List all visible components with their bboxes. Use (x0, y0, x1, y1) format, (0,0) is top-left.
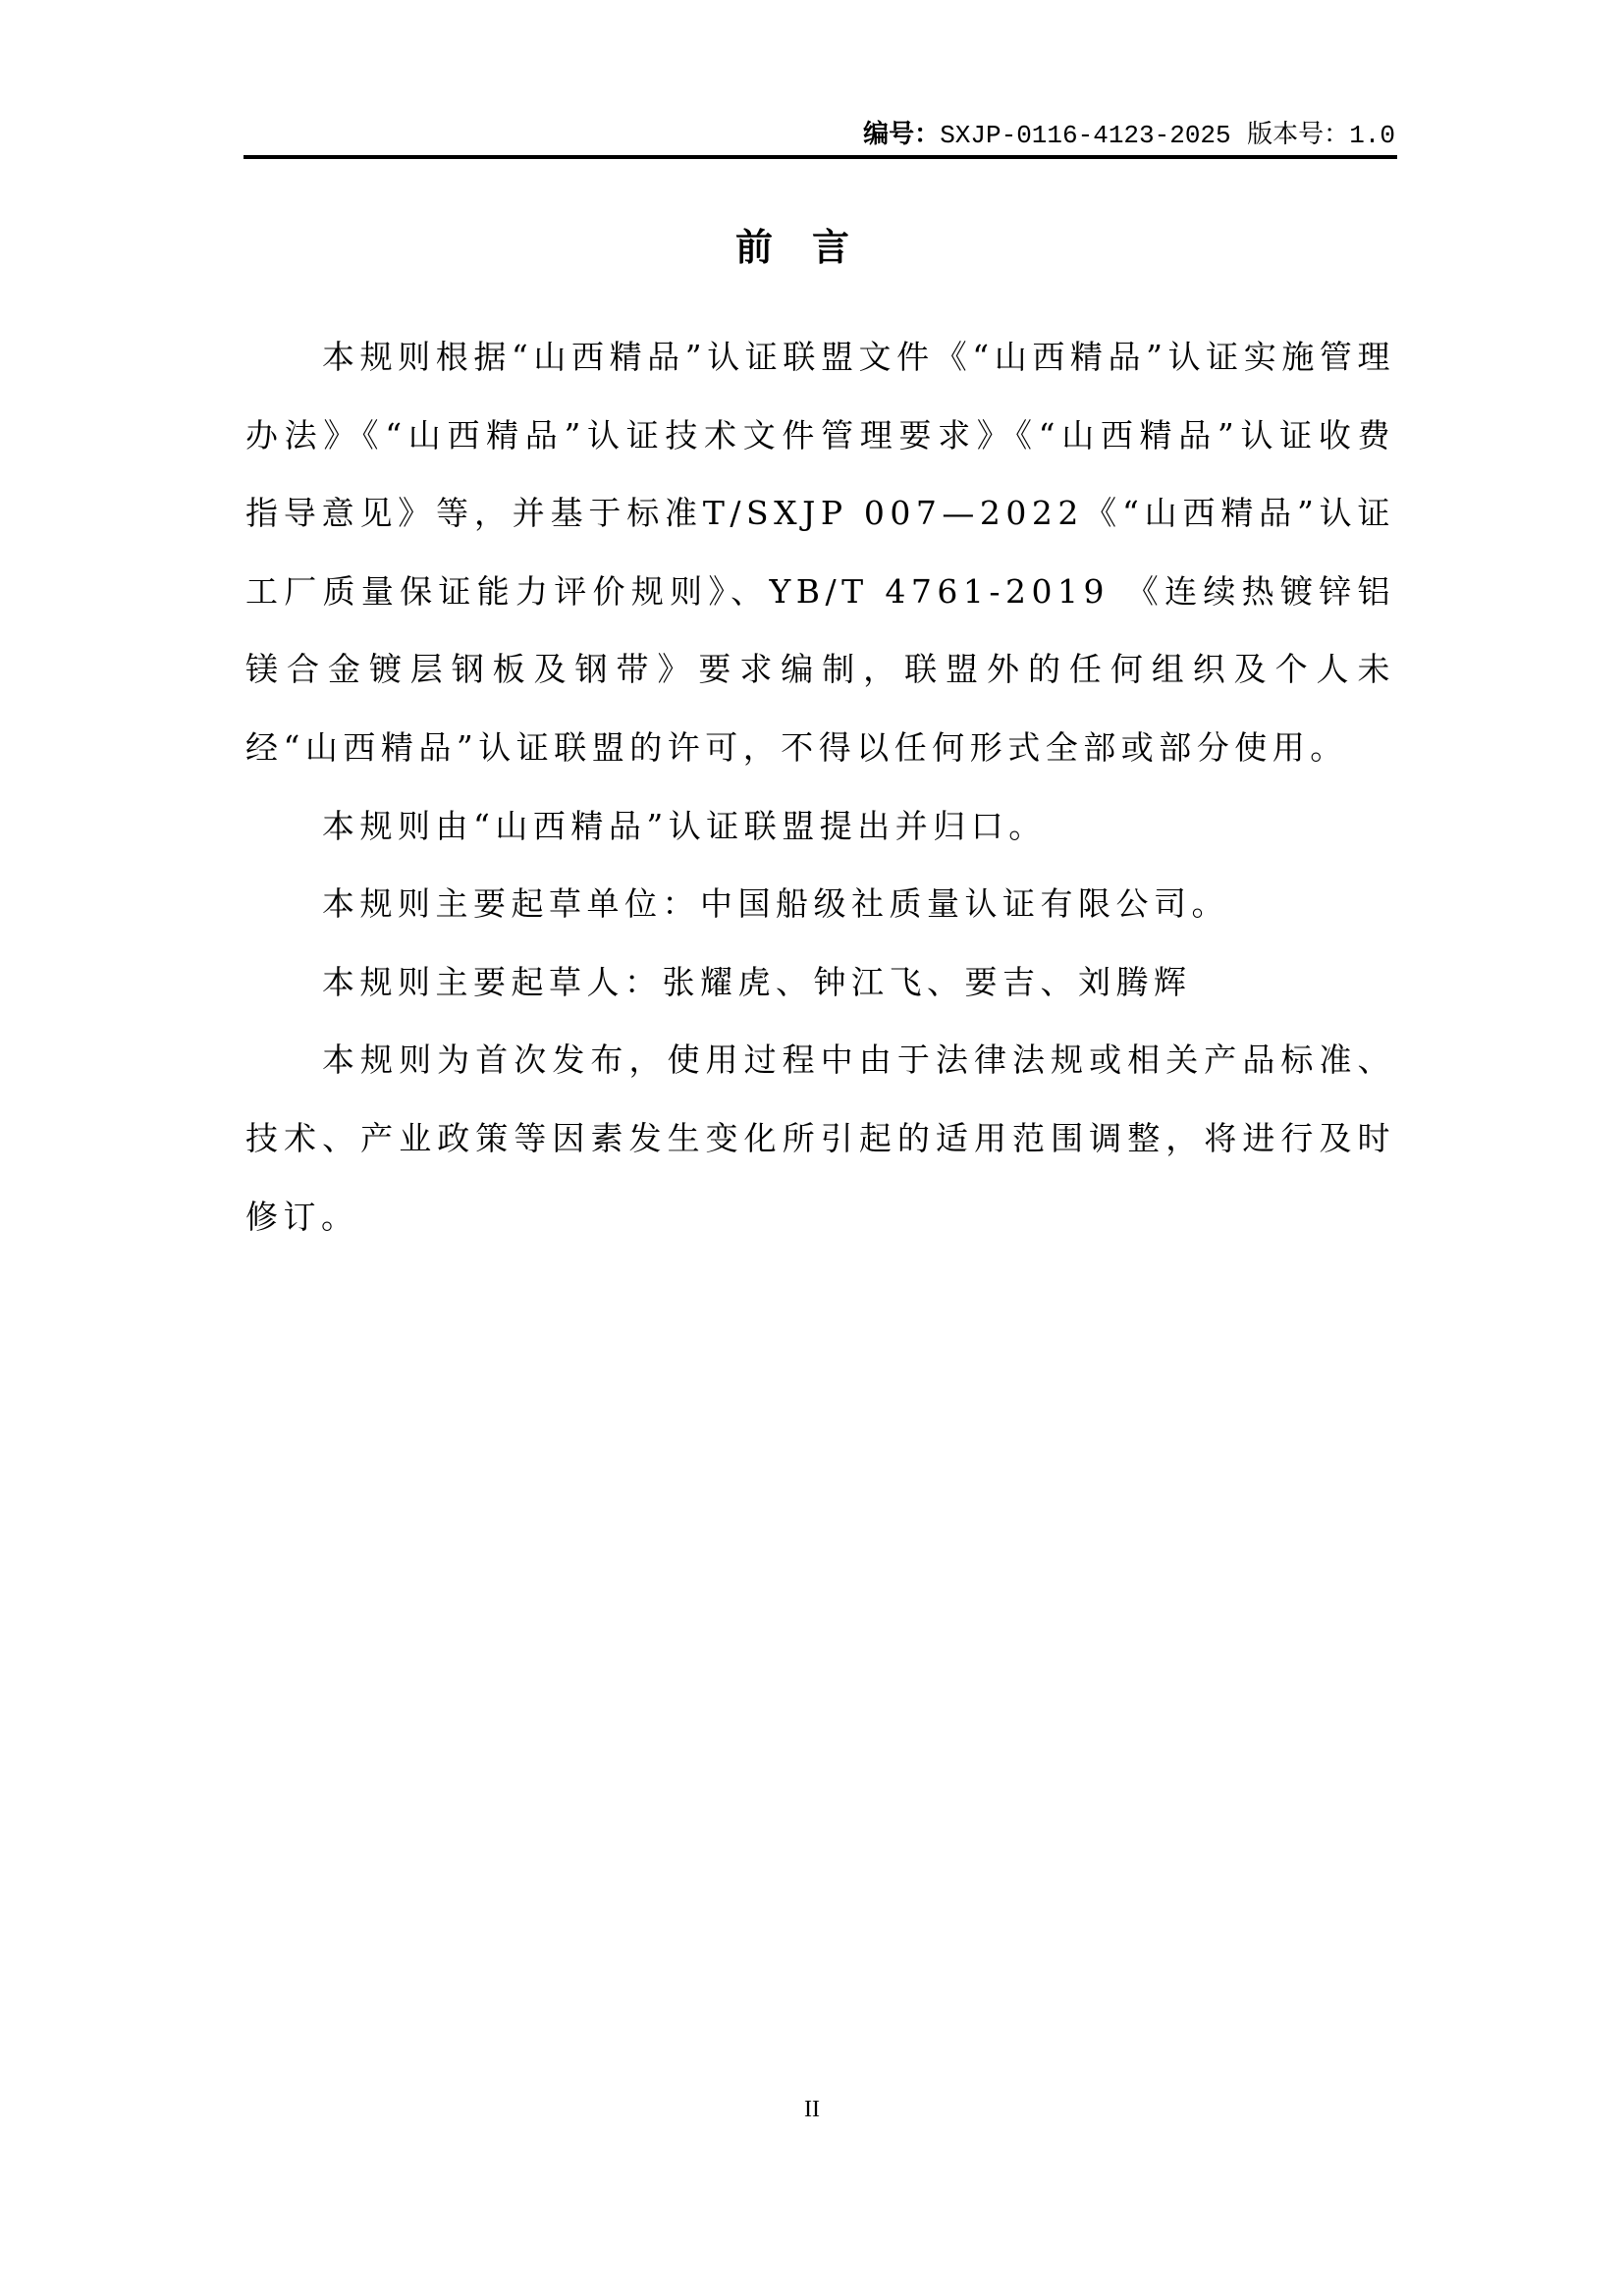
header-rule (244, 155, 1397, 159)
page-number: II (0, 2097, 1624, 2122)
paragraph-proposer: 本规则由“山西精品”认证联盟提出并归口。 (245, 787, 1395, 866)
version-number: 1.0 (1349, 121, 1395, 150)
paragraph-drafting-unit: 本规则主要起草单位：中国船级社质量认证有限公司。 (245, 865, 1395, 943)
page-header: 编号：SXJP-0116-4123-2025 版本号：1.0 (245, 116, 1395, 153)
doc-number: SXJP-0116-4123-2025 (940, 121, 1230, 150)
paragraph-drafters: 本规则主要起草人：张耀虎、钟江飞、要吉、刘腾辉 (245, 943, 1395, 1022)
doc-number-label: 编号： (863, 120, 940, 149)
paragraph-revision: 本规则为首次发布，使用过程中由于法律法规或相关产品标准、技术、产业政策等因素发生… (245, 1021, 1395, 1255)
paragraph-basis: 本规则根据“山西精品”认证联盟文件《“山西精品”认证实施管理办法》《“山西精品”… (245, 318, 1395, 787)
page-title: 前言 (0, 218, 1624, 277)
version-label: 版本号： (1247, 120, 1349, 149)
foreword-body: 本规则根据“山西精品”认证联盟文件《“山西精品”认证实施管理办法》《“山西精品”… (245, 318, 1395, 1255)
